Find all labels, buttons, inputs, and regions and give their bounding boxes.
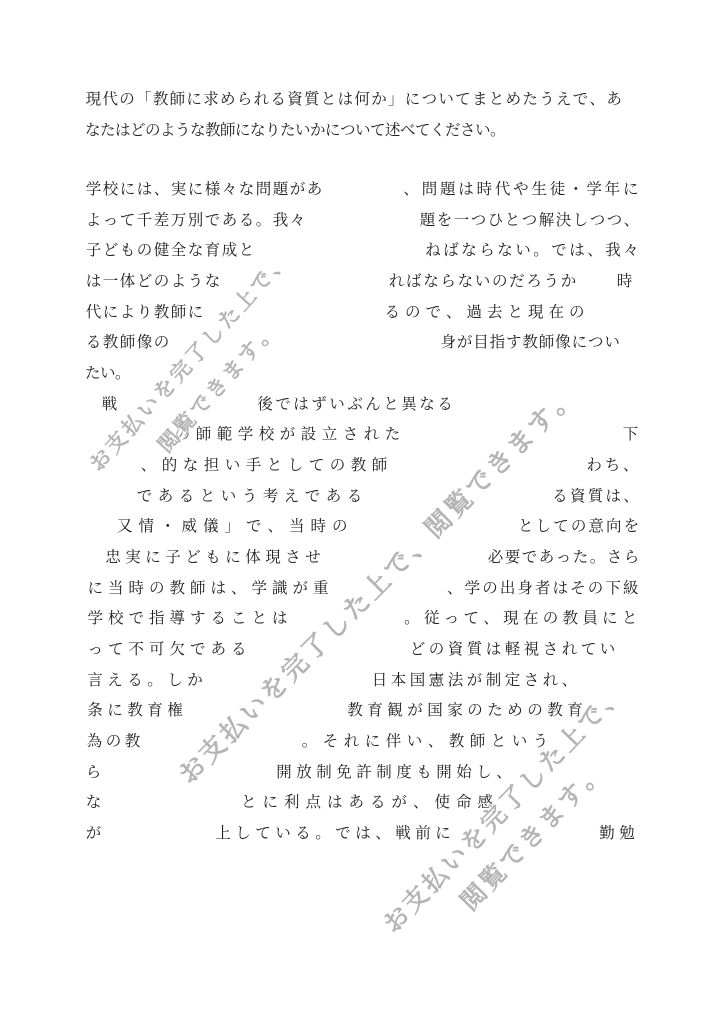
text-segment: 。従って、現在の教員にと <box>402 607 640 631</box>
text-line: 忠実に子どもに体現させ必要であった。さら <box>0 546 724 570</box>
text-segment: よって千差万別である。我々 <box>85 209 306 233</box>
text-segment: 勤勉 <box>597 822 637 846</box>
text-line: よって千差万別である。我々題を一つひとつ解決しつつ、 <box>0 209 724 233</box>
text-segment: に当時の教師は、学識が重 <box>85 577 331 601</box>
text-segment: 開放制免許制度も開始し、 <box>274 761 514 785</box>
text-segment: って不可欠である <box>85 638 249 662</box>
text-segment: る資質は、 <box>551 485 640 509</box>
text-segment: 、問題は時代や生徒・学年に <box>402 178 640 202</box>
document-page: 現代の「教師に求められる資質とは何か」についてまとめたうえで、あなたはどのような… <box>0 0 724 1024</box>
text-segment: るので、過去と現在の <box>382 301 587 325</box>
text-line: は一体どのようなればならないのだろうか時 <box>0 270 724 294</box>
text-segment: ら <box>85 761 102 785</box>
text-line: 又情・威儀」で、当時のとしての意向を <box>0 515 724 539</box>
text-segment: わち、 <box>585 454 640 478</box>
text-segment: 又情・威儀」で、当時の <box>114 515 351 539</box>
text-segment: 学校で指導することは <box>85 607 290 631</box>
text-segment: 身が目指す教師像につい <box>440 331 620 355</box>
text-segment: 時 <box>616 270 633 294</box>
text-segment: る教師像の <box>85 331 170 355</box>
text-segment: は一体どのような <box>85 270 221 294</box>
text-segment: であるという考えである <box>134 485 365 509</box>
text-line: って不可欠であるどの資質は軽視されてい <box>0 638 724 662</box>
text-segment: たい。 <box>85 362 130 386</box>
text-segment: 、学の出身者はその下級 <box>446 577 640 601</box>
text-segment: 子どもの健全な育成と <box>85 239 255 263</box>
text-line: 現代の「教師に求められる資質とは何か」についてまとめたうえで、あ <box>0 88 724 112</box>
text-segment: ればならないのだろうか <box>388 270 577 294</box>
text-segment: 日本国憲法が制定され、 <box>370 669 579 693</box>
text-line: 代により教師にるので、過去と現在の <box>0 301 724 325</box>
text-segment: どの資質は軽視されてい <box>408 638 617 662</box>
text-segment: 為の教 <box>85 730 142 754</box>
text-line: 学校には、実に様々な問題があ、問題は時代や生徒・学年に <box>0 178 724 202</box>
text-line: が上している。では、戦前に勤勉 <box>0 822 724 846</box>
text-segment: 条に教育権 <box>85 699 185 723</box>
text-line: なたはどのような教師になりたいかについて述べてください。 <box>0 119 724 143</box>
text-segment: が <box>85 822 102 846</box>
text-segment: なたはどのような教師になりたいかについて述べてください。 <box>85 119 505 143</box>
text-segment: ねばならない。では、我々 <box>424 239 640 263</box>
text-segment: 。それに伴い、教師という <box>299 730 551 754</box>
text-line: なとに利点はあるが、使命感 <box>0 791 724 815</box>
text-segment: 後ではずいぶんと異なる <box>256 393 454 417</box>
text-segment: としての意向を <box>517 515 640 539</box>
text-segment: 現代の「教師に求められる資質とは何か」についてまとめたうえで、あ <box>85 88 623 112</box>
text-segment: な <box>85 791 102 815</box>
text-line: る教師像の身が目指す教師像につい <box>0 331 724 355</box>
text-segment: 学校には、実に様々な問題があ <box>85 178 323 202</box>
text-line: たい。 <box>0 362 724 386</box>
text-segment: 下 <box>622 423 639 447</box>
text-segment: 上している。では、戦前に <box>213 822 453 846</box>
text-segment: 題を一つひとつ解決しつつ、 <box>419 209 640 233</box>
text-line: であるという考えであるる資質は、 <box>0 485 724 509</box>
text-segment: 忠実に子どもに体現させ <box>103 546 323 570</box>
text-segment: 教育観が国家のための教育 <box>345 699 585 723</box>
text-segment: 必要であった。さら <box>487 546 640 570</box>
text-segment: 代により教師に <box>85 301 204 325</box>
text-line: 子どもの健全な育成とねばならない。では、我々 <box>0 239 724 263</box>
text-segment: 言える。しか <box>85 669 205 693</box>
text-segment: とに利点はあるが、使命感 <box>238 791 496 815</box>
text-line: 戦後ではずいぶんと異なる <box>0 393 724 417</box>
